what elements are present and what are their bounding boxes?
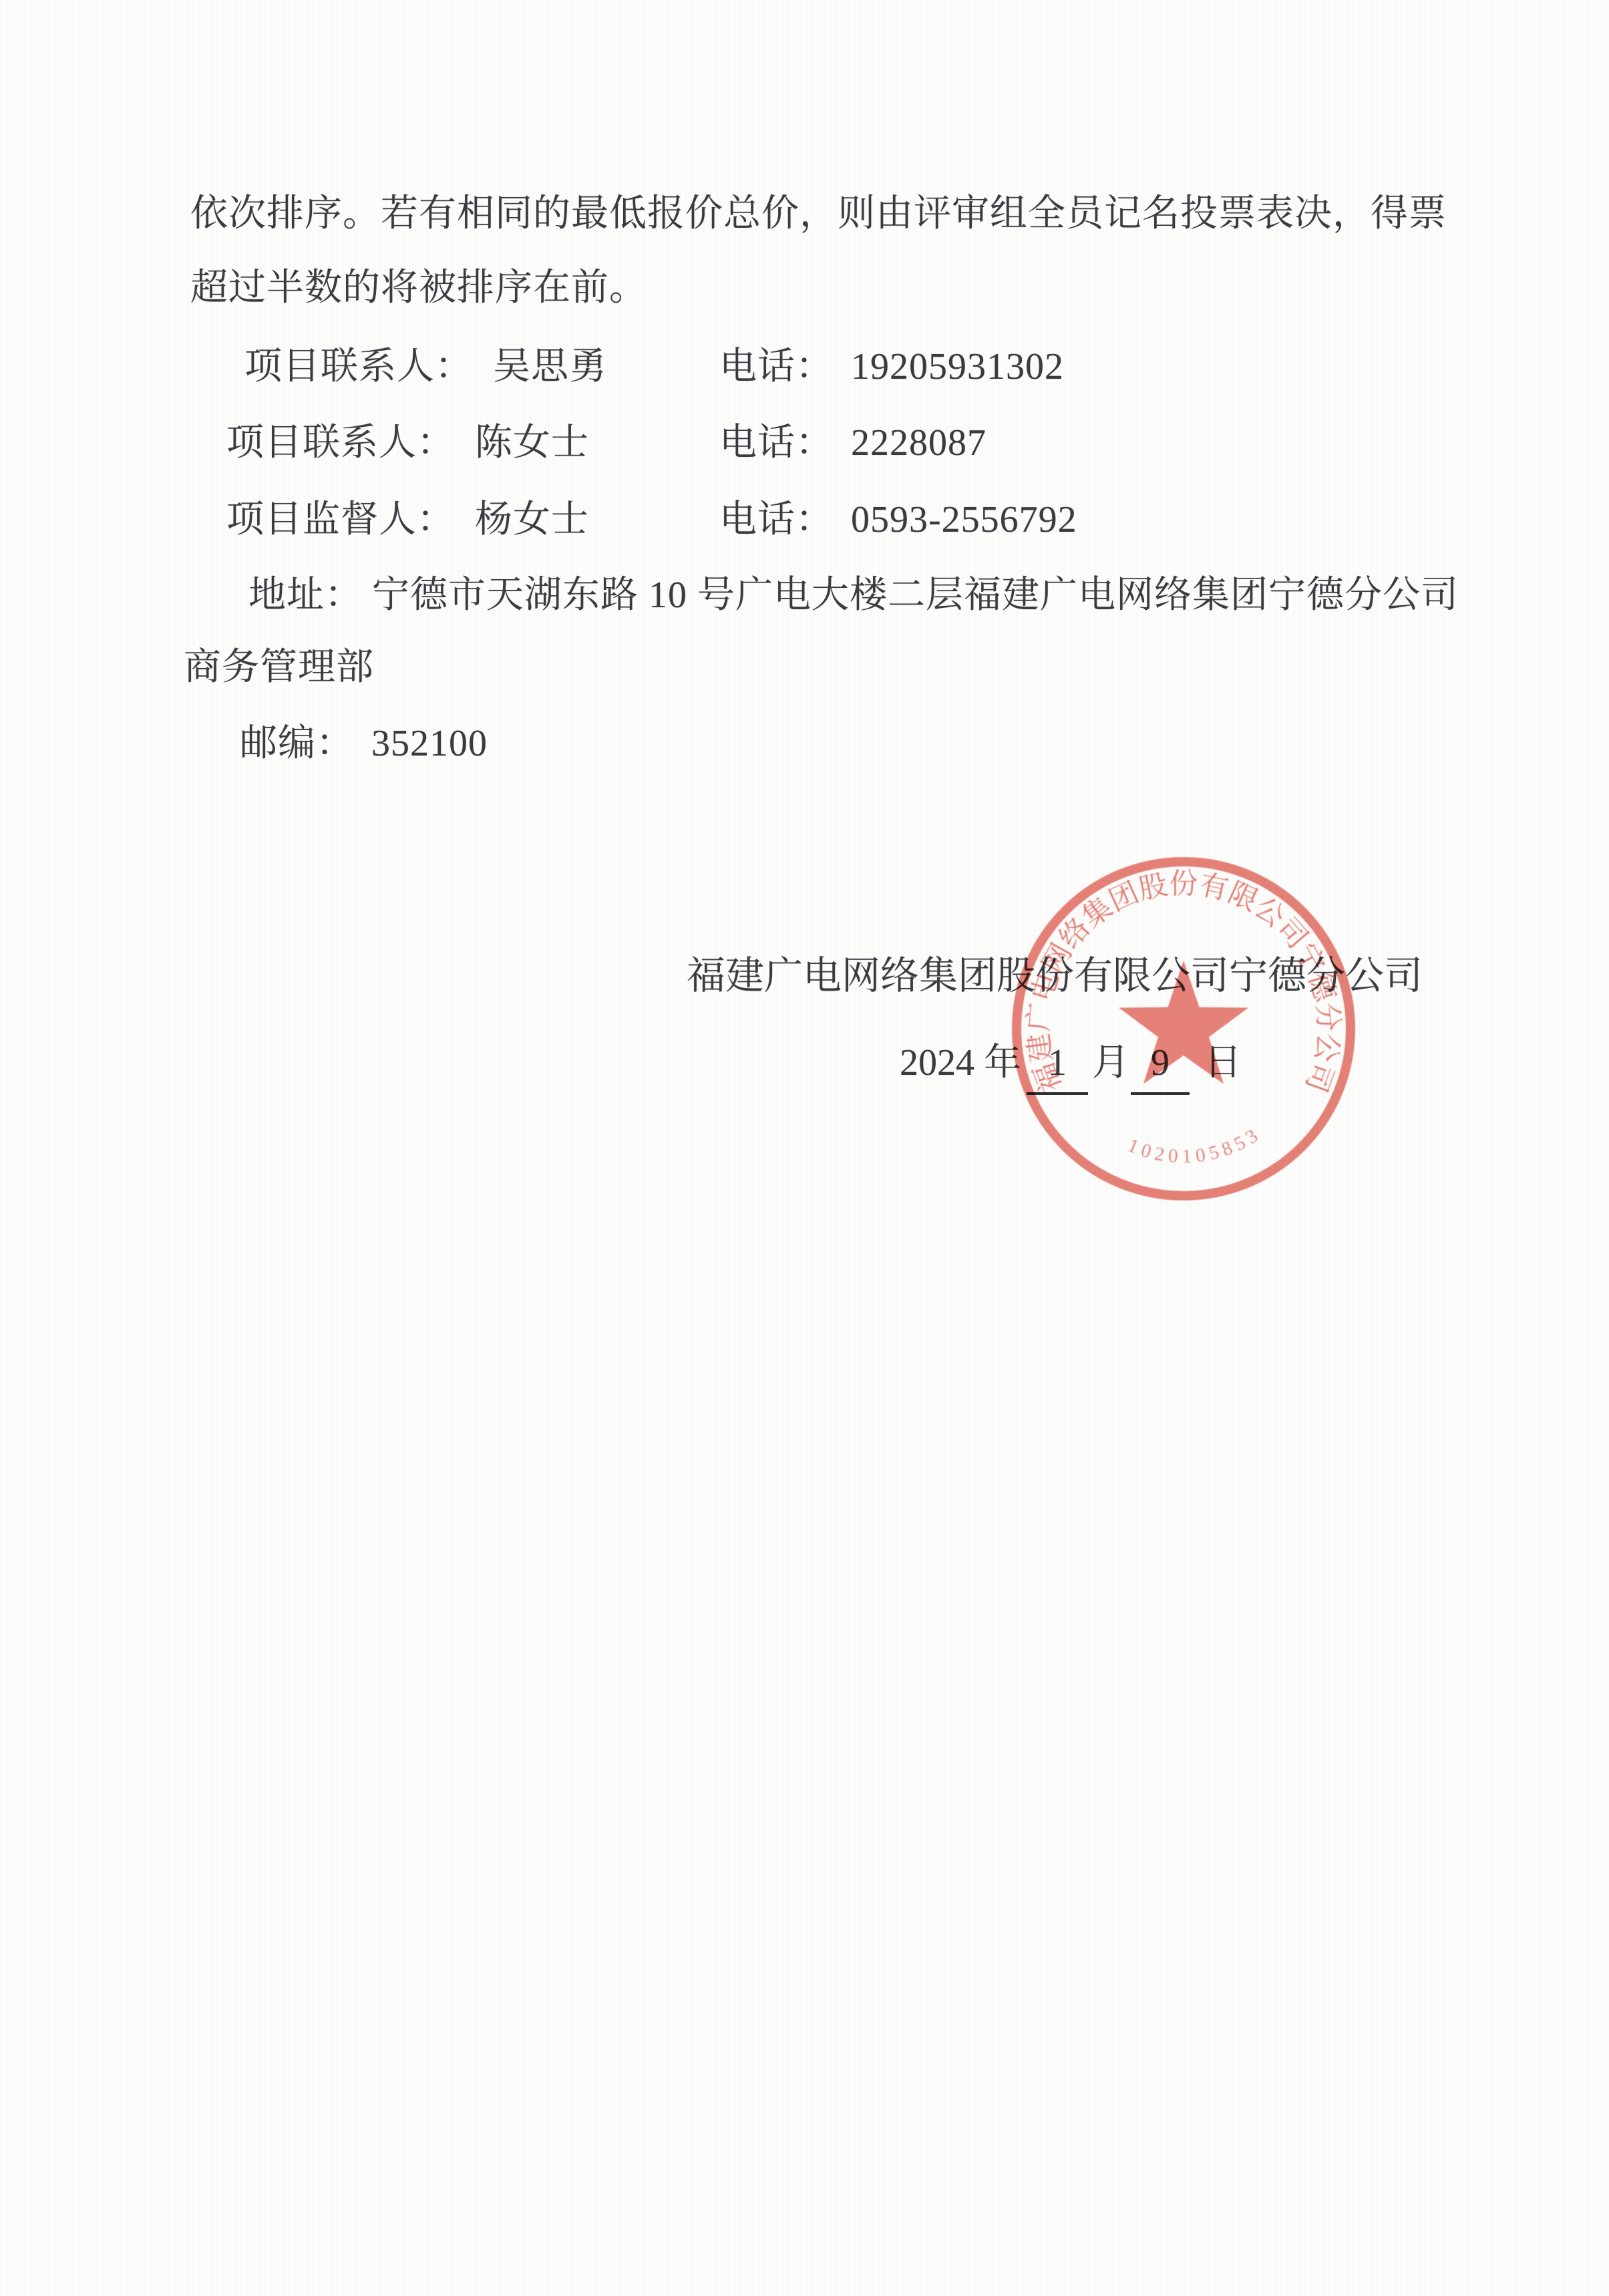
contact-phone: 电话：19205931302 <box>719 346 1064 387</box>
address-line-continued: 商务管理部 <box>184 647 374 688</box>
contact-name: 陈女士 <box>475 422 589 464</box>
postal-row: 邮编：352100 <box>240 723 488 764</box>
address-value: 宁德市天湖东路 10 号广电大楼二层福建广电网络集团宁德分公司 <box>372 575 1459 616</box>
contact-phone: 电话：0593-2556792 <box>719 499 1077 540</box>
address-label: 地址： <box>248 575 363 616</box>
date-year: 2024 <box>900 1044 974 1082</box>
contact-row: 项目监督人：杨女士 <box>226 499 589 540</box>
phone-label: 电话： <box>719 422 834 464</box>
phone-label: 电话： <box>719 346 834 387</box>
svg-text:1020105853: 1020105853 <box>1125 1123 1266 1168</box>
contact-name: 吴思勇 <box>493 346 607 387</box>
address-line: 地址：宁德市天湖东路 10 号广电大楼二层福建广电网络集团宁德分公司 <box>248 575 1459 616</box>
seal-serial-number: 1020105853 <box>1125 1123 1266 1168</box>
contact-label: 项目监督人： <box>226 499 455 540</box>
postal-label: 邮编： <box>240 723 354 764</box>
contact-label: 项目联系人： <box>226 422 455 464</box>
paragraph-line-2: 超过半数的将被排序在前。 <box>190 267 647 309</box>
phone-value: 19205931302 <box>851 346 1064 387</box>
company-seal: 福建广电网络集团股份有限公司宁德分公司 1020105853 <box>997 842 1371 1216</box>
paragraph-line-1: 依次排序。若有相同的最低报价总价，则由评审组全员记名投票表决，得票 <box>190 193 1447 234</box>
contact-label: 项目联系人： <box>244 346 473 387</box>
contact-name: 杨女士 <box>475 499 589 540</box>
phone-value: 2228087 <box>851 422 987 464</box>
phone-value: 0593-2556792 <box>851 499 1077 540</box>
seal-star-icon <box>1119 961 1248 1084</box>
contact-phone: 电话：2228087 <box>719 422 987 464</box>
phone-label: 电话： <box>719 499 834 540</box>
document-page: 依次排序。若有相同的最低报价总价，则由评审组全员记名投票表决，得票 超过半数的将… <box>0 0 1609 2296</box>
contact-row: 项目联系人：吴思勇 <box>244 346 607 387</box>
postal-value: 352100 <box>371 723 488 764</box>
contact-row: 项目联系人：陈女士 <box>226 422 589 464</box>
